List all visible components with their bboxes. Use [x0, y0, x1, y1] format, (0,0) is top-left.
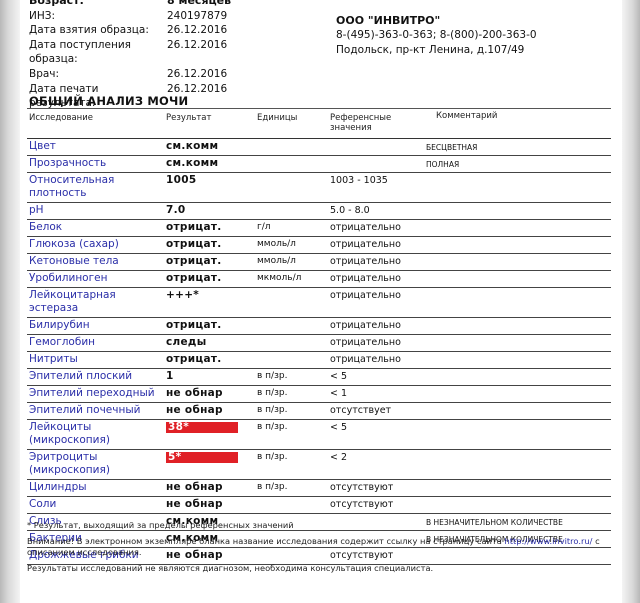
- comment-cell: [424, 369, 611, 386]
- reference-cell: < 5: [328, 420, 424, 450]
- comment-cell: [424, 386, 611, 403]
- scan-shadow-left: [0, 0, 20, 603]
- units-cell: в п/зр.: [255, 450, 328, 480]
- header-result: Результат: [164, 109, 255, 139]
- patient-info-row: ИНЗ:240197879: [29, 9, 231, 24]
- comment-cell: [424, 288, 611, 318]
- table-row: Солине обнаротсутствуют: [27, 497, 611, 514]
- results-table: Исследование Результат Единицы Референсн…: [27, 108, 611, 565]
- comment-cell: [424, 420, 611, 450]
- table-row: Билирубинотрицат.отрицательно: [27, 318, 611, 335]
- table-row: Белокотрицат.г/лотрицательно: [27, 220, 611, 237]
- table-header-row: Исследование Результат Единицы Референсн…: [27, 109, 611, 139]
- info-value: 26.12.2016: [167, 67, 227, 82]
- result-cell: не обнар: [164, 386, 255, 403]
- result-value: отрицат.: [166, 221, 222, 233]
- info-label: Врач:: [29, 67, 167, 82]
- disclaimer: Результаты исследований не являются диаг…: [27, 563, 612, 574]
- reference-cell: отсутствует: [328, 403, 424, 420]
- info-label: Возраст:: [29, 0, 167, 9]
- table-row: Относительная плотность10051003 - 1035: [27, 173, 611, 203]
- units-cell: [255, 497, 328, 514]
- test-name-link[interactable]: Лейкоцитарная эстераза: [27, 288, 164, 318]
- comment-cell: [424, 203, 611, 220]
- result-value: 1005: [166, 174, 196, 186]
- units-cell: в п/зр.: [255, 403, 328, 420]
- units-cell: [255, 173, 328, 203]
- lab-report-page: Возраст:8 месяцевИНЗ:240197879Дата взяти…: [20, 0, 622, 603]
- units-cell: в п/зр.: [255, 369, 328, 386]
- invitro-link[interactable]: http://www.invitro.ru/: [505, 536, 593, 546]
- patient-info-row: Возраст:8 месяцев: [29, 0, 231, 9]
- info-label: ИНЗ:: [29, 9, 167, 24]
- result-cell: 7.0: [164, 203, 255, 220]
- units-cell: [255, 288, 328, 318]
- table-row: Лейкоциты (микроскопия)38*в п/зр.< 5: [27, 420, 611, 450]
- result-cell: 38*: [164, 420, 255, 450]
- table-row: Эпителий плоский1в п/зр.< 5: [27, 369, 611, 386]
- test-name-link[interactable]: Цилиндры: [27, 480, 164, 497]
- table-row: Прозрачностьсм.коммПОЛНАЯ: [27, 156, 611, 173]
- comment-cell: [424, 352, 611, 369]
- units-cell: ммоль/л: [255, 237, 328, 254]
- units-cell: [255, 335, 328, 352]
- test-name-link[interactable]: Цвет: [27, 139, 164, 156]
- test-name-link[interactable]: Лейкоциты (микроскопия): [27, 420, 164, 450]
- result-value: 7.0: [166, 204, 186, 216]
- comment-cell: [424, 403, 611, 420]
- units-cell: ммоль/л: [255, 254, 328, 271]
- result-value: отрицат.: [166, 255, 222, 267]
- test-name-link[interactable]: Билирубин: [27, 318, 164, 335]
- result-value: отрицат.: [166, 272, 222, 284]
- units-cell: в п/зр.: [255, 420, 328, 450]
- test-name-link[interactable]: Уробилиноген: [27, 271, 164, 288]
- reference-cell: отрицательно: [328, 288, 424, 318]
- reference-cell: отрицательно: [328, 237, 424, 254]
- header-test: Исследование: [27, 109, 164, 139]
- reference-cell: < 2: [328, 450, 424, 480]
- units-cell: в п/зр.: [255, 480, 328, 497]
- result-cell: отрицат.: [164, 220, 255, 237]
- test-name-link[interactable]: Прозрачность: [27, 156, 164, 173]
- info-label: Дата взятия образца:: [29, 23, 167, 38]
- result-cell: см.комм: [164, 156, 255, 173]
- test-name-link[interactable]: pH: [27, 203, 164, 220]
- table-row: Гемоглобинследыотрицательно: [27, 335, 611, 352]
- comment-cell: [424, 335, 611, 352]
- result-value: 1: [166, 370, 174, 382]
- comment-cell: [424, 220, 611, 237]
- comment-cell: БЕСЦВЕТНАЯ: [424, 139, 611, 156]
- result-cell: 5*: [164, 450, 255, 480]
- org-name: ООО "ИНВИТРО": [336, 13, 537, 28]
- table-row: Глюкоза (сахар)отрицат.ммоль/лотрицатель…: [27, 237, 611, 254]
- comment-cell: [424, 254, 611, 271]
- lab-organization: ООО "ИНВИТРО" 8-(495)-363-0-363; 8-(800)…: [336, 13, 537, 58]
- result-value: не обнар: [166, 404, 223, 416]
- reference-cell: < 1: [328, 386, 424, 403]
- section-title: ОБЩИЙ АНАЛИЗ МОЧИ: [29, 94, 188, 108]
- test-name-link[interactable]: Эпителий переходный: [27, 386, 164, 403]
- info-value: 8 месяцев: [167, 0, 231, 9]
- report-notes: * Результат, выходящий за пределы рефере…: [27, 520, 612, 579]
- result-value: см.комм: [166, 140, 218, 152]
- units-cell: [255, 352, 328, 369]
- info-value: 240197879: [167, 9, 227, 24]
- result-cell: не обнар: [164, 480, 255, 497]
- comment-cell: [424, 450, 611, 480]
- reference-cell: отрицательно: [328, 318, 424, 335]
- reference-cell: отрицательно: [328, 254, 424, 271]
- table-row: Эпителий переходныйне обнарв п/зр.< 1: [27, 386, 611, 403]
- patient-info-row: Дата взятия образца:26.12.2016: [29, 23, 231, 38]
- test-name-link[interactable]: Эпителий почечный: [27, 403, 164, 420]
- test-name-link[interactable]: Гемоглобин: [27, 335, 164, 352]
- result-cell: см.комм: [164, 139, 255, 156]
- reference-cell: [328, 156, 424, 173]
- units-cell: [255, 156, 328, 173]
- result-cell: отрицат.: [164, 352, 255, 369]
- reference-cell: 5.0 - 8.0: [328, 203, 424, 220]
- comment-cell: [424, 173, 611, 203]
- test-name-link[interactable]: Белок: [27, 220, 164, 237]
- info-value: 26.12.2016: [167, 23, 227, 38]
- table-row: Эритроциты (микроскопия)5*в п/зр.< 2: [27, 450, 611, 480]
- units-cell: [255, 139, 328, 156]
- table-row: Цилиндрыне обнарв п/зр.отсутствуют: [27, 480, 611, 497]
- test-name-link[interactable]: Относительная плотность: [27, 173, 164, 203]
- test-name-link[interactable]: Глюкоза (сахар): [27, 237, 164, 254]
- result-cell: отрицат.: [164, 318, 255, 335]
- result-cell: +++*: [164, 288, 255, 318]
- flagged-result: 5*: [166, 452, 238, 463]
- reference-cell: < 5: [328, 369, 424, 386]
- reference-cell: отрицательно: [328, 335, 424, 352]
- patient-info-row: Врач:26.12.2016: [29, 67, 231, 82]
- org-phones: 8-(495)-363-0-363; 8-(800)-200-363-0: [336, 28, 537, 43]
- attention-text: Внимание! В электронном экземпляре бланк…: [27, 536, 505, 546]
- result-cell: отрицат.: [164, 271, 255, 288]
- result-cell: отрицат.: [164, 237, 255, 254]
- table-row: Кетоновые телаотрицат.ммоль/лотрицательн…: [27, 254, 611, 271]
- result-cell: 1: [164, 369, 255, 386]
- scan-shadow-right: [622, 0, 640, 603]
- table-row: Цветсм.коммБЕСЦВЕТНАЯ: [27, 139, 611, 156]
- units-cell: г/л: [255, 220, 328, 237]
- org-address: Подольск, пр-кт Ленина, д.107/49: [336, 43, 537, 58]
- result-value: +++*: [166, 289, 199, 301]
- comment-cell: [424, 318, 611, 335]
- units-cell: мкмоль/л: [255, 271, 328, 288]
- result-cell: 1005: [164, 173, 255, 203]
- reference-cell: [328, 139, 424, 156]
- reference-cell: отрицательно: [328, 352, 424, 369]
- info-label: Дата поступления образца:: [29, 38, 167, 67]
- comment-cell: [424, 497, 611, 514]
- patient-info-row: Дата поступления образца:26.12.2016: [29, 38, 231, 67]
- info-value: 26.12.2016: [167, 38, 227, 67]
- result-value: см.комм: [166, 157, 218, 169]
- comment-cell: ПОЛНАЯ: [424, 156, 611, 173]
- table-row: Уробилиногенотрицат.мкмоль/лотрицательно: [27, 271, 611, 288]
- result-cell: не обнар: [164, 403, 255, 420]
- units-cell: [255, 203, 328, 220]
- reference-cell: 1003 - 1035: [328, 173, 424, 203]
- result-cell: следы: [164, 335, 255, 352]
- table-row: Нитритыотрицат.отрицательно: [27, 352, 611, 369]
- header-comment: Комментарий: [424, 109, 611, 139]
- footnote: * Результат, выходящий за пределы рефере…: [27, 520, 612, 531]
- units-cell: [255, 318, 328, 335]
- result-cell: отрицат.: [164, 254, 255, 271]
- results-body: Цветсм.коммБЕСЦВЕТНАЯПрозрачностьсм.комм…: [27, 139, 611, 565]
- result-value: отрицат.: [166, 319, 222, 331]
- comment-cell: [424, 271, 611, 288]
- test-name-link[interactable]: Кетоновые тела: [27, 254, 164, 271]
- comment-cell: [424, 237, 611, 254]
- result-cell: не обнар: [164, 497, 255, 514]
- table-row: Эпителий почечныйне обнарв п/зр.отсутств…: [27, 403, 611, 420]
- result-value: отрицат.: [166, 353, 222, 365]
- test-name-link[interactable]: Соли: [27, 497, 164, 514]
- result-value: следы: [166, 336, 207, 348]
- header-units: Единицы: [255, 109, 328, 139]
- flagged-result: 38*: [166, 422, 238, 433]
- attention-note: Внимание! В электронном экземпляре бланк…: [27, 536, 612, 558]
- test-name-link[interactable]: Нитриты: [27, 352, 164, 369]
- reference-cell: отсутствуют: [328, 480, 424, 497]
- table-row: Лейкоцитарная эстераза+++*отрицательно: [27, 288, 611, 318]
- result-value: не обнар: [166, 481, 223, 493]
- header-reference: Референсные значения: [328, 109, 424, 139]
- reference-cell: отрицательно: [328, 220, 424, 237]
- test-name-link[interactable]: Эпителий плоский: [27, 369, 164, 386]
- reference-cell: отрицательно: [328, 271, 424, 288]
- table-row: pH7.05.0 - 8.0: [27, 203, 611, 220]
- units-cell: в п/зр.: [255, 386, 328, 403]
- result-value: не обнар: [166, 387, 223, 399]
- result-value: не обнар: [166, 498, 223, 510]
- comment-cell: [424, 480, 611, 497]
- test-name-link[interactable]: Эритроциты (микроскопия): [27, 450, 164, 480]
- result-value: отрицат.: [166, 238, 222, 250]
- reference-cell: отсутствуют: [328, 497, 424, 514]
